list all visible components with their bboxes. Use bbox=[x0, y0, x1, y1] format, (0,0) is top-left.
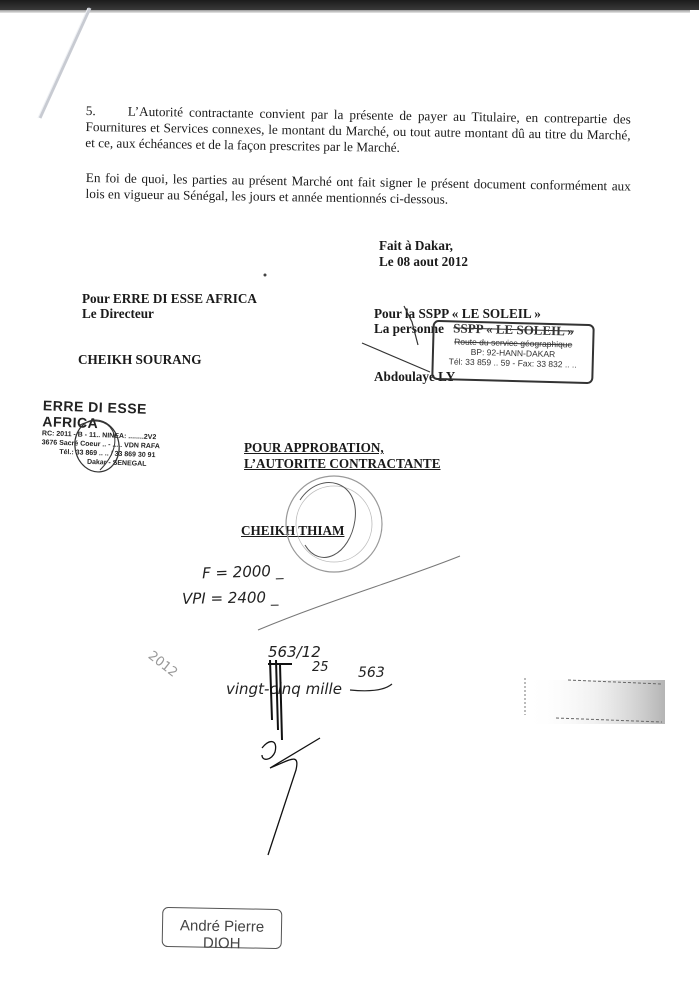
party-left-name: CHEIKH SOURANG bbox=[78, 352, 201, 368]
approval-line2: L’AUTORITE CONTRACTANTE bbox=[244, 456, 441, 472]
paragraph-5: 5.L’Autorité contractante convient par l… bbox=[85, 103, 631, 160]
party-left-role: Le Directeur bbox=[82, 306, 154, 322]
handwritten-vpi-amount: VPI = 2400 _ bbox=[182, 588, 279, 608]
party-left-title: Pour ERRE DI ESSE AFRICA bbox=[82, 291, 257, 307]
name-stamp-text: André Pierre DIOH bbox=[163, 917, 282, 953]
place-line: Fait à Dakar, bbox=[379, 238, 453, 254]
faded-year-stamp: 2012 bbox=[145, 648, 180, 680]
handwritten-num: 25 bbox=[312, 660, 329, 675]
paragraph-number: 5. bbox=[86, 103, 128, 120]
handwritten-f-amount: F = 2000 _ bbox=[202, 562, 284, 583]
name-stamp: André Pierre DIOH bbox=[162, 907, 283, 949]
erre-stamp: ERRE DI ESSE AFRICA RC: 2011 - B - 11.. … bbox=[41, 397, 203, 471]
soleil-stamp: SSPP « LE SOLEIL » Route du service géog… bbox=[431, 320, 595, 384]
closing-paragraph: En foi de quoi, les parties au présent M… bbox=[85, 170, 630, 211]
paragraph-5-text: L’Autorité contractante convient par la … bbox=[85, 104, 631, 155]
handwritten-ref: 563/12 bbox=[268, 643, 321, 661]
handwritten-ref2: 563 bbox=[358, 665, 385, 681]
approval-name: CHEIKH THIAM bbox=[241, 523, 344, 539]
handwritten-amount-words: vingt-cinq mille bbox=[226, 680, 342, 698]
approval-line1: POUR APPROBATION, bbox=[244, 440, 384, 456]
date-line: Le 08 aout 2012 bbox=[379, 254, 468, 270]
